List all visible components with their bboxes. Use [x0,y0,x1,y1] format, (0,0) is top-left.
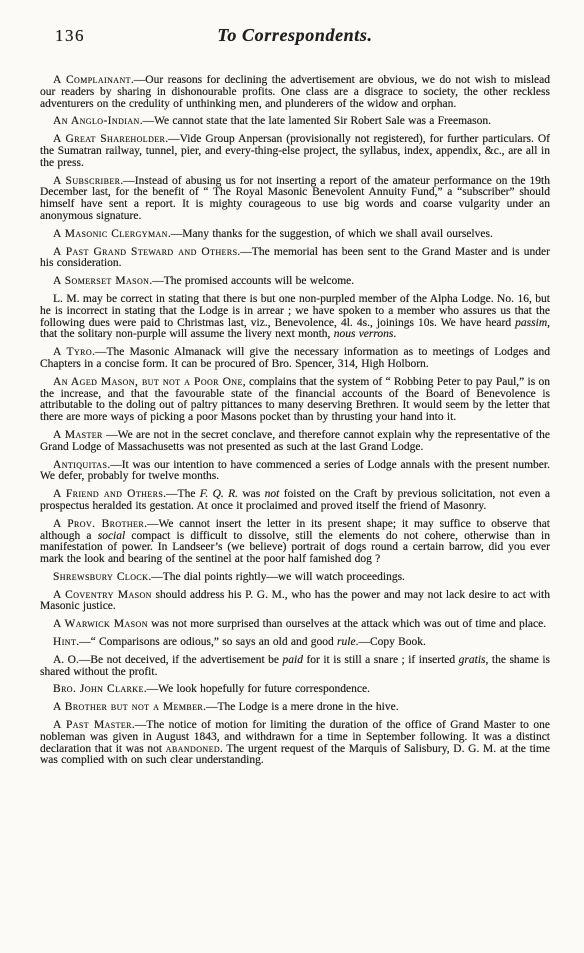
paragraph: An Anglo-Indian.—We cannot state that th… [40,116,550,128]
emphasis-text: paid [283,654,303,666]
page-number: 136 [55,26,85,46]
correspondent-name: A Complainant [53,74,131,86]
correspondent-name: A Warwick Mason [53,618,148,630]
paragraph: A Past Grand Steward and Others.—The mem… [40,247,550,271]
correspondent-name: abandoned [166,743,220,755]
paragraph: A Great Shareholder.—Vide Group Anpersan… [40,134,550,169]
paragraph: A. O.—Be not deceived, if the advertisem… [40,655,550,679]
paragraph: A Prov. Brother.—We cannot insert the le… [40,519,550,566]
correspondent-name: A Past Master [53,719,132,731]
paragraph: A Somerset Mason.—The promised accounts … [40,276,550,288]
correspondent-name: A Brother but not a Member [53,701,203,713]
page-header: 136 To Correspondents. [40,25,550,49]
emphasis-text: passim [515,317,547,329]
paragraph: A Coventry Mason should address his P. G… [40,590,550,614]
scanned-page: 136 To Correspondents. A Complainant.—Ou… [0,0,584,953]
body-text: —We are not in the secret conclave, and … [40,429,550,453]
correspondent-name: Antiquitas [53,459,107,471]
body-text: .—The [163,488,200,500]
body-text: .—We look hopefully for future correspon… [144,683,370,695]
correspondent-name: A Past Grand Steward and Others [53,246,237,258]
correspondent-name: An Anglo-Indian [53,115,140,127]
body-text: for it is still a snare ; if inserted [303,654,459,666]
emphasis-text: nous verrons [334,328,394,340]
correspondent-name: A Coventry Mason [53,589,152,601]
correspondent-name: A Tyro [53,346,92,358]
page-title: To Correspondents. [40,25,550,46]
body-text: .—The Masonic Almanack will give the nec… [40,346,550,370]
correspondent-name: Hint [53,636,76,648]
correspondent-name: An Aged Mason, but not a Poor One [53,376,243,388]
correspondent-name: A Master [53,429,103,441]
correspondent-name: A Somerset Mason [53,275,149,287]
body-text: .—Copy Book. [356,636,426,648]
body-text: .—The dial points rightly—we will watch … [148,571,405,583]
correspondent-name: A Friend and Others [53,488,163,500]
emphasis-text: not [265,488,280,500]
correspondent-name: A Masonic Clergyman [53,228,168,240]
emphasis-text: F. Q. R. [200,488,238,500]
correspondent-name: Bro. John Clarke [53,683,144,695]
emphasis-text: social [98,530,125,542]
paragraph: A Complainant.—Our reasons for declining… [40,75,550,110]
body-text: was [238,488,265,500]
correspondent-name: A Prov. Brother [53,518,144,530]
body-text: .—The promised accounts will be welcome. [149,275,354,287]
paragraph: Antiquitas.—It was our intention to have… [40,460,550,484]
body-text: .—“ Comparisons are odious,” so says an … [76,636,337,648]
paragraph: A Tyro.—The Masonic Almanack will give t… [40,347,550,371]
correspondent-name: Shrewsbury Clock [53,571,148,583]
paragraph: Bro. John Clarke.—We look hopefully for … [40,684,550,696]
paragraph: A Master —We are not in the secret concl… [40,430,550,454]
paragraph: A Masonic Clergyman.—Many thanks for the… [40,229,550,241]
paragraph: A Past Master.—The notice of motion for … [40,720,550,767]
correspondent-name: A Subscriber [53,175,120,187]
body-text: .—The Lodge is a mere drone in the hive. [203,701,398,713]
paragraph: An Aged Mason, but not a Poor One, compl… [40,377,550,424]
body-text: .—Many thanks for the suggestion, of whi… [168,228,493,240]
body-text: L. M. may be correct in stating that the… [40,293,550,329]
correspondent-name: A Great Shareholder [53,133,165,145]
body-text: was not more surprised than ourselves at… [148,618,546,630]
body-text: A. O.—Be not deceived, if the advertisem… [53,654,283,666]
paragraph: L. M. may be correct in stating that the… [40,294,550,341]
body-text: . [393,328,396,340]
emphasis-text: gratis [459,654,486,666]
correspondence-list: A Complainant.—Our reasons for declining… [40,75,550,767]
paragraph: A Subscriber.—Instead of abusing us for … [40,176,550,223]
paragraph: A Warwick Mason was not more surprised t… [40,619,550,631]
paragraph: A Friend and Others.—The F. Q. R. was no… [40,489,550,513]
emphasis-text: rule [337,636,356,648]
paragraph: Shrewsbury Clock.—The dial points rightl… [40,572,550,584]
body-text: .—It was our intention to have commenced… [40,459,550,483]
paragraph: A Brother but not a Member.—The Lodge is… [40,702,550,714]
paragraph: Hint.—“ Comparisons are odious,” so says… [40,637,550,649]
body-text: .—We cannot state that the late lamented… [140,115,491,127]
